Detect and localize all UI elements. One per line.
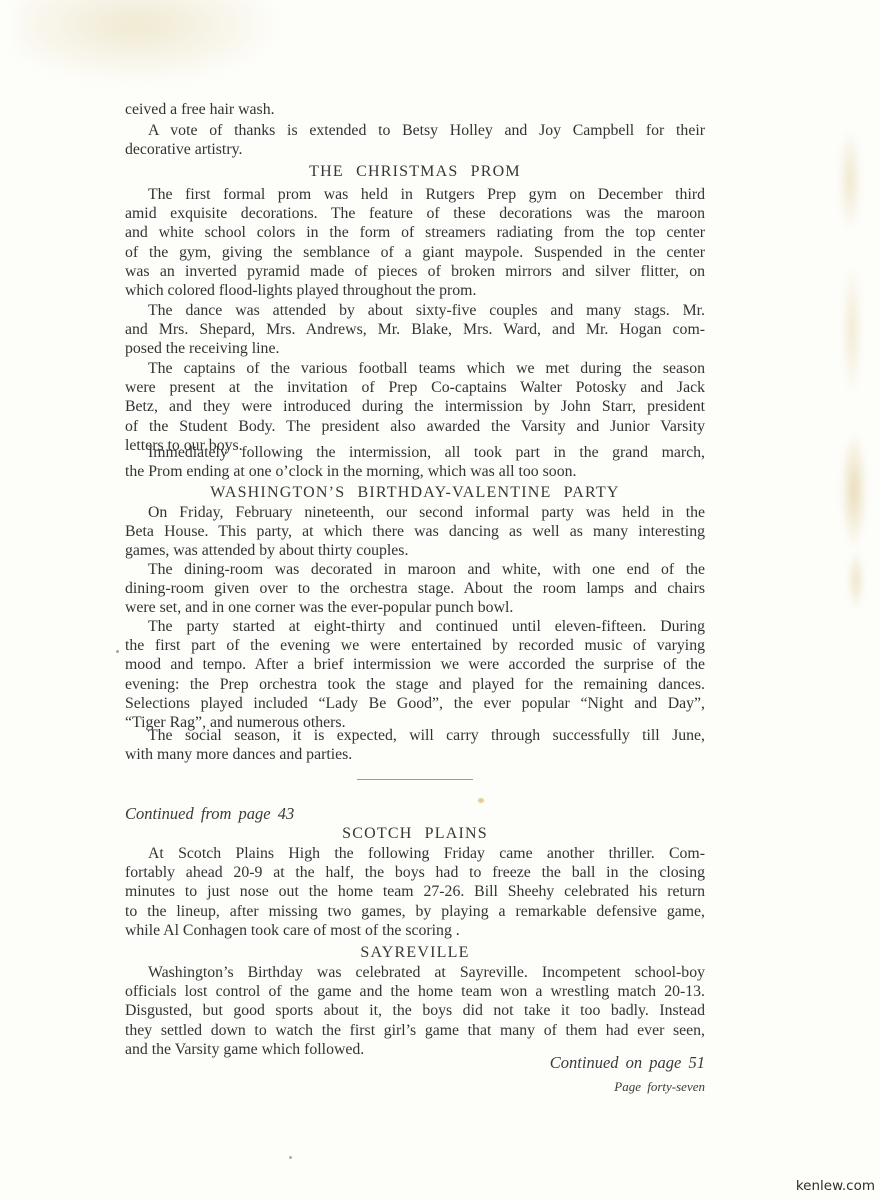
text-line: The dance was attended by about sixty-fi… xyxy=(125,301,705,320)
text-line: The dining-room was decorated in maroon … xyxy=(125,560,705,579)
paragraph: The party started at eight-thirty and co… xyxy=(125,617,705,732)
text-line: Betz, and they were introduced during th… xyxy=(125,397,705,416)
paragraph: On Friday, February nineteenth, our seco… xyxy=(125,503,705,561)
text-line: On Friday, February nineteenth, our seco… xyxy=(125,503,705,522)
text-line: of the gym, giving the semblance of a gi… xyxy=(125,243,705,262)
paragraph: Immediately following the intermission, … xyxy=(125,443,705,481)
text-line: games, was attended by about thirty coup… xyxy=(125,541,705,560)
section-heading: SCOTCH PLAINS xyxy=(125,824,705,844)
text-line: to the lineup, after missing two games, … xyxy=(125,902,705,921)
text-line: amid exquisite decorations. The feature … xyxy=(125,204,705,223)
text-line: decorative artistry. xyxy=(125,140,705,159)
text-line: ceived a free hair wash. xyxy=(125,100,705,119)
text-line: was an inverted pyramid made of pieces o… xyxy=(125,262,705,281)
text-line: Beta House. This party, at which there w… xyxy=(125,522,705,541)
section-heading: SAYREVILLE xyxy=(125,943,705,963)
continued-on-note: Continued on page 51 xyxy=(125,1053,705,1073)
text-line: the Prom ending at one o’clock in the mo… xyxy=(125,462,705,481)
text-line: The social season, it is expected, will … xyxy=(125,726,705,745)
paper-stain-right-edge xyxy=(826,100,870,640)
paragraph: The dining-room was decorated in maroon … xyxy=(125,560,705,618)
text-line: evening: the Prep orchestra took the sta… xyxy=(125,675,705,694)
section-divider-line xyxy=(357,779,473,780)
paragraph: The captains of the various football tea… xyxy=(125,359,705,455)
text-line: Washington’s Birthday was celebrated at … xyxy=(125,963,705,982)
text-line: fortably ahead 20-9 at the half, the boy… xyxy=(125,863,705,882)
paragraph: A vote of thanks is extended to Betsy Ho… xyxy=(125,121,705,159)
paper-speck xyxy=(289,1156,292,1159)
paper-speck xyxy=(116,650,119,653)
text-line: and white school colors in the form of s… xyxy=(125,223,705,242)
paragraph: ceived a free hair wash. xyxy=(125,100,705,119)
paper-speck xyxy=(478,798,484,803)
paragraph: Washington’s Birthday was celebrated at … xyxy=(125,963,705,1059)
continued-from-note: Continued from page 43 xyxy=(125,804,705,824)
text-line: officials lost control of the game and t… xyxy=(125,982,705,1001)
text-line: the first part of the evening we were en… xyxy=(125,636,705,655)
text-line: which colored flood-lights played throug… xyxy=(125,281,705,300)
text-line: they settled down to watch the first gir… xyxy=(125,1021,705,1040)
section-heading: WASHINGTON’S BIRTHDAY-VALENTINE PARTY xyxy=(125,483,705,503)
scanned-page: ceived a free hair wash.A vote of thanks… xyxy=(0,0,880,1200)
text-line: posed the receiving line. xyxy=(125,339,705,358)
text-line: minutes to just nose out the home team 2… xyxy=(125,882,705,901)
section-divider xyxy=(125,779,705,780)
text-line: with many more dances and parties. xyxy=(125,745,705,764)
text-line: were present at the invitation of Prep C… xyxy=(125,378,705,397)
paper-stain-top-left xyxy=(15,0,285,85)
text-line: while Al Conhagen took care of most of t… xyxy=(125,921,705,940)
watermark: kenlew.com xyxy=(796,1178,875,1194)
text-line: The first formal prom was held in Rutger… xyxy=(125,185,705,204)
text-line: Disgusted, but good sports about it, the… xyxy=(125,1001,705,1020)
text-line: The party started at eight-thirty and co… xyxy=(125,617,705,636)
section-heading: THE CHRISTMAS PROM xyxy=(125,162,705,182)
text-line: dining-room given over to the orchestra … xyxy=(125,579,705,598)
text-line: mood and tempo. After a brief intermissi… xyxy=(125,655,705,674)
paragraph: At Scotch Plains High the following Frid… xyxy=(125,844,705,940)
paragraph: The first formal prom was held in Rutger… xyxy=(125,185,705,300)
paragraph: The social season, it is expected, will … xyxy=(125,726,705,764)
text-line: and Mrs. Shepard, Mrs. Andrews, Mr. Blak… xyxy=(125,320,705,339)
text-line: Selections played included “Lady Be Good… xyxy=(125,694,705,713)
text-line: were set, and in one corner was the ever… xyxy=(125,598,705,617)
text-line: of the Student Body. The president also … xyxy=(125,417,705,436)
text-line: Immediately following the intermission, … xyxy=(125,443,705,462)
text-line: A vote of thanks is extended to Betsy Ho… xyxy=(125,121,705,140)
text-line: The captains of the various football tea… xyxy=(125,359,705,378)
paragraph: The dance was attended by about sixty-fi… xyxy=(125,301,705,359)
page-number-folio: Page forty-seven xyxy=(125,1079,705,1095)
text-line: At Scotch Plains High the following Frid… xyxy=(125,844,705,863)
